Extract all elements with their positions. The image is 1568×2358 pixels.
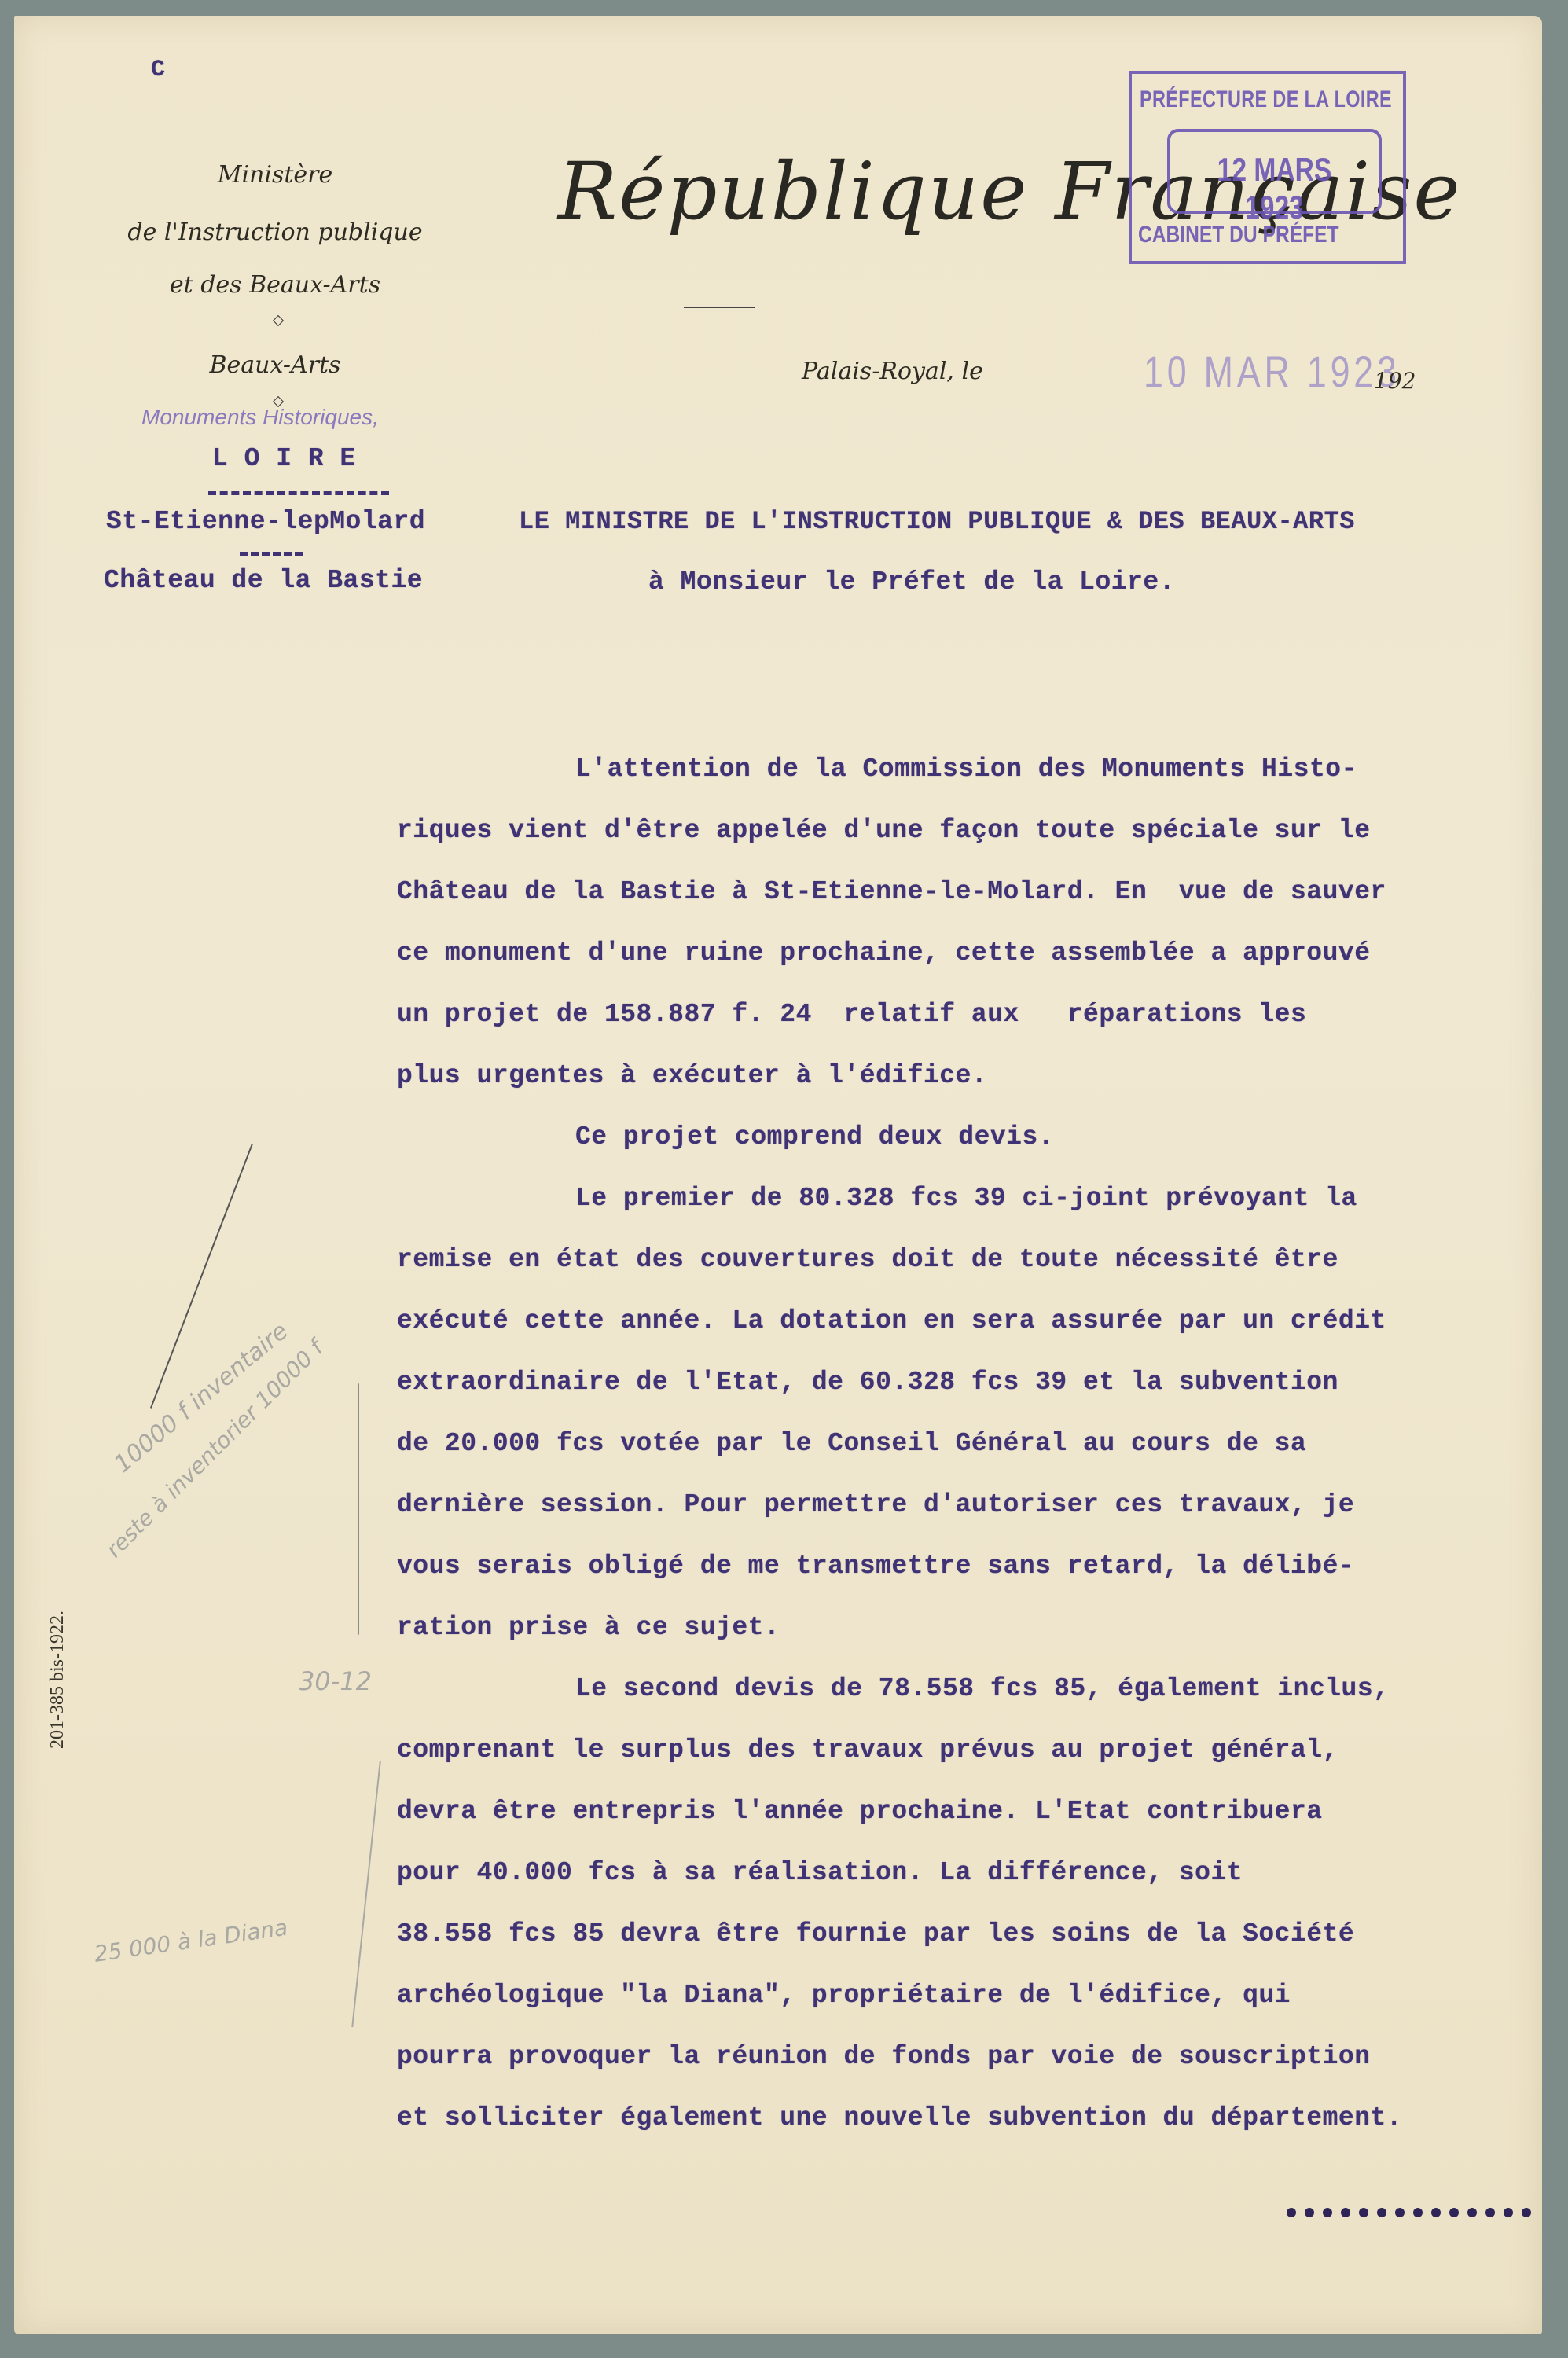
body-line: dernière session. Pour permettre d'autor… bbox=[397, 1490, 1354, 1519]
recipient-line: à Monsieur le Préfet de la Loire. bbox=[648, 567, 1175, 597]
body-line: un projet de 158.887 f. 24 relatif aux r… bbox=[397, 1000, 1306, 1029]
body-line: riques vient d'être appelée d'une façon … bbox=[397, 816, 1371, 845]
body-line: L'attention de la Commission des Monumen… bbox=[575, 755, 1357, 784]
margin-reference: 201-385 bis-1922. bbox=[47, 1611, 68, 1749]
monuments-historiques-stamp: Monuments Historiques, bbox=[141, 405, 379, 430]
dashed-rule bbox=[240, 552, 303, 556]
ministry-line-3: et des Beaux-Arts bbox=[86, 271, 464, 299]
body-line: exécuté cette année. La dotation en sera… bbox=[397, 1306, 1386, 1335]
stamp-prefecture-label: PRÉFECTURE DE LA LOIRE bbox=[1140, 86, 1392, 113]
stamp-date: 12 MARS 1923 bbox=[1192, 151, 1358, 226]
dashed-rule bbox=[208, 491, 389, 495]
body-line: 38.558 fcs 85 devra être fournie par les… bbox=[397, 1919, 1354, 1948]
body-line: ration prise à ce sujet. bbox=[397, 1613, 780, 1642]
body-line: plus urgentes à exécuter à l'édifice. bbox=[397, 1061, 987, 1090]
title-rule bbox=[684, 307, 755, 308]
body-line: pour 40.000 fcs à sa réalisation. La dif… bbox=[397, 1858, 1243, 1887]
body-line: vous serais obligé de me transmettre san… bbox=[397, 1552, 1354, 1581]
sender-line: LE MINISTRE DE L'INSTRUCTION PUBLIQUE & … bbox=[519, 507, 1355, 536]
printed-year-prefix: 192 bbox=[1374, 368, 1416, 394]
body-line: devra être entrepris l'année prochaine. … bbox=[397, 1797, 1323, 1826]
body-line: et solliciter également une nouvelle sub… bbox=[397, 2103, 1402, 2132]
body-line: remise en état des couvertures doit de t… bbox=[397, 1245, 1338, 1274]
body-line: Ce projet comprend deux devis. bbox=[575, 1122, 1054, 1151]
stamp-date-box: 12 MARS 1923 bbox=[1167, 129, 1382, 214]
ministry-line-1: Ministère bbox=[86, 161, 464, 189]
body-line: extraordinaire de l'Etat, de 60.328 fcs … bbox=[397, 1368, 1338, 1397]
prefecture-reception-stamp: PRÉFECTURE DE LA LOIRE 12 MARS 1923 CABI… bbox=[1129, 71, 1406, 264]
region-label: L O I R E bbox=[212, 444, 356, 473]
ministry-line-2: de l'Instruction publique bbox=[86, 219, 464, 246]
pencil-bracket bbox=[358, 1383, 359, 1635]
date-stamp: 10 MAR 1923 bbox=[1144, 346, 1401, 397]
corner-mark: C bbox=[151, 57, 166, 83]
body-line: comprenant le surplus des travaux prévus… bbox=[397, 1735, 1338, 1765]
body-line: Château de la Bastie à St-Etienne-le-Mol… bbox=[397, 877, 1386, 906]
stamp-cabinet-label: CABINET DU PRÉFET bbox=[1138, 222, 1339, 248]
body-line: pourra provoquer la réunion de fonds par… bbox=[397, 2042, 1371, 2071]
department-label: Beaux-Arts bbox=[86, 351, 464, 379]
body-line: Le premier de 80.328 fcs 39 ci-joint pré… bbox=[575, 1184, 1357, 1213]
pencil-note: 30-12 bbox=[299, 1666, 372, 1696]
body-line: de 20.000 fcs votée par le Conseil Génér… bbox=[397, 1429, 1306, 1458]
body-line: Le second devis de 78.558 fcs 85, égalem… bbox=[575, 1674, 1389, 1703]
place-label: Palais-Royal, le bbox=[802, 358, 983, 385]
ornament-divider bbox=[240, 316, 318, 325]
continuation-dots bbox=[1287, 2207, 1540, 2221]
commune-label: St-Etienne-lepMolard bbox=[106, 507, 425, 536]
body-line: archéologique "la Diana", propriétaire d… bbox=[397, 1981, 1291, 2010]
body-line: ce monument d'une ruine prochaine, cette… bbox=[397, 938, 1371, 968]
monument-label: Château de la Bastie bbox=[104, 566, 423, 595]
